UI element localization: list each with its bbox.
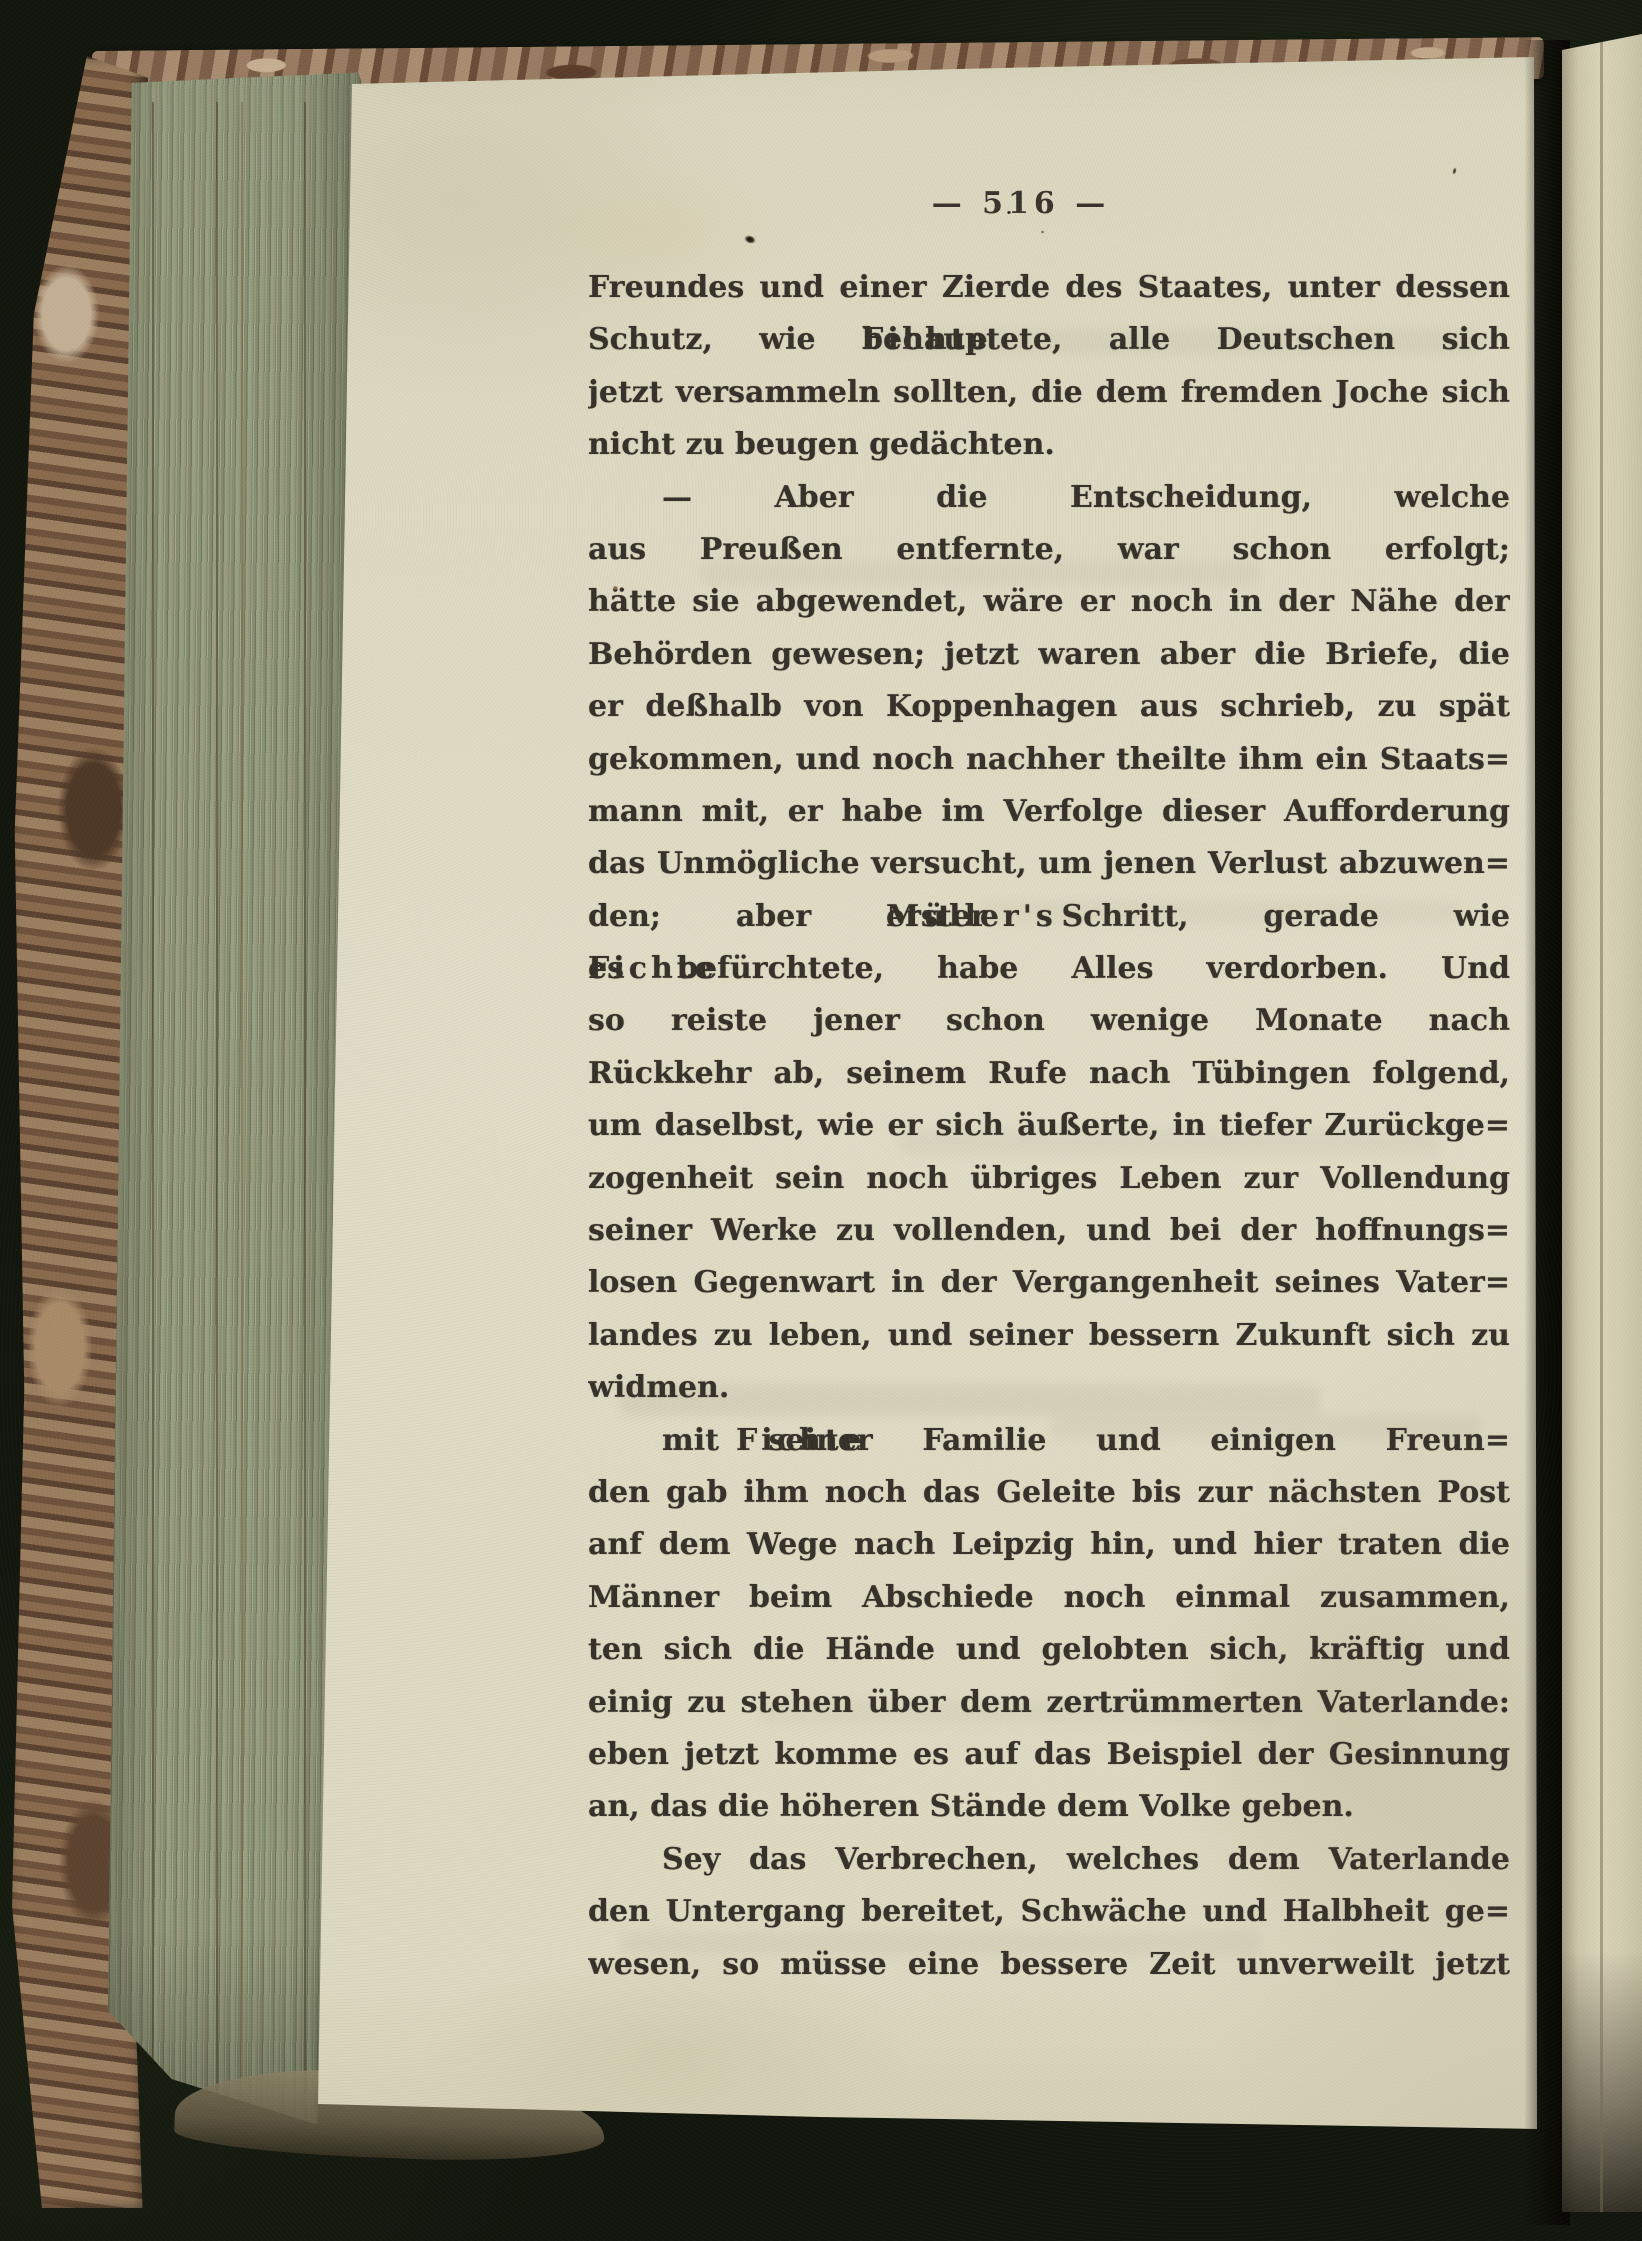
text-line: Männer beim Abschiede noch einmal zusamm… — [588, 1572, 1510, 1624]
text-line: losen Gegenwart in der Vergangenheit sei… — [588, 1257, 1510, 1309]
text-line: einig zu stehen über dem zertrümmerten V… — [588, 1677, 1510, 1729]
text-line: widmen. — [588, 1362, 1510, 1414]
book-scan: — 516 — Freundes und einer Zierde des St… — [0, 0, 1642, 2241]
text-line: Behörden gewesen; jetzt waren aber die B… — [588, 629, 1510, 681]
text-line: so reiste jener schon wenige Monate nach… — [588, 995, 1510, 1047]
text-line: seiner Werke zu vollenden, und bei der h… — [588, 1205, 1510, 1257]
text-line: ten sich die Hände und gelobten sich, kr… — [588, 1624, 1510, 1676]
fore-edge-vein — [216, 102, 218, 2094]
text-line: an, das die höheren Stände dem Volke geb… — [588, 1781, 1510, 1833]
text-line: das Unmögliche versucht, um jenen Verlus… — [588, 838, 1510, 890]
ink-speck — [1451, 166, 1458, 177]
text-line: — Aber die Entscheidung, welche Müller'n — [588, 472, 1510, 524]
text-line: den; aber Müller's erster Schritt, gerad… — [588, 891, 1510, 943]
text-line: Schutz, wie Fichte behauptete, alle Deut… — [588, 314, 1510, 366]
fore-edge-vein — [304, 102, 306, 2094]
text-line: mann mit, er habe im Verfolge dieser Auf… — [588, 786, 1510, 838]
text-line: Freundes und einer Zierde des Staates, u… — [588, 262, 1510, 314]
text-line: landes zu leben, und seiner bessern Zuku… — [588, 1310, 1510, 1362]
ink-speck — [1040, 230, 1045, 234]
ink-speck — [1006, 210, 1012, 215]
text-line: er deßhalb von Koppenhagen aus schrieb, … — [588, 681, 1510, 733]
page-number: — 516 — — [560, 186, 1482, 226]
text-line: aus Preußen entfernte, war schon erfolgt… — [588, 524, 1510, 576]
facing-page-sliver — [1562, 34, 1642, 2212]
dust-fleck — [612, 585, 619, 591]
text-line: hätte sie abgewendet, wäre er noch in de… — [588, 576, 1510, 628]
text-line: jetzt versammeln sollten, die dem fremde… — [588, 367, 1510, 419]
text-line: Fichte mit seiner Familie und einigen Fr… — [588, 1415, 1510, 1467]
text-line: anf dem Wege nach Leipzig hin, und hier … — [588, 1519, 1510, 1571]
text-line: um daselbst, wie er sich äußerte, in tie… — [588, 1100, 1510, 1152]
text-line: Rückkehr ab, seinem Rufe nach Tübingen f… — [588, 1048, 1510, 1100]
text-line: den gab ihm noch das Geleite bis zur näc… — [588, 1467, 1510, 1519]
fore-edge-vein — [241, 102, 243, 2094]
fore-edge-vein — [152, 102, 154, 2094]
text-line: Fichte es befürchtete, habe Alles verdor… — [588, 943, 1510, 995]
text-line: eben jetzt komme es auf das Beispiel der… — [588, 1729, 1510, 1781]
text-line: nicht zu beugen gedächten. — [588, 419, 1510, 471]
text-line: Sey das Verbrechen, welches dem Vaterlan… — [588, 1834, 1510, 1886]
text-line: den Untergang bereitet, Schwäche und Hal… — [588, 1886, 1510, 1938]
text-line: zogenheit sein noch übriges Leben zur Vo… — [588, 1153, 1510, 1205]
text-line: wesen, so müsse eine bessere Zeit unverw… — [588, 1939, 1510, 1991]
text-line: gekommen, und noch nachher theilte ihm e… — [588, 734, 1510, 786]
text-block: Freundes und einer Zierde des Staates, u… — [588, 262, 1510, 1991]
facing-page-crease — [1600, 34, 1603, 2212]
